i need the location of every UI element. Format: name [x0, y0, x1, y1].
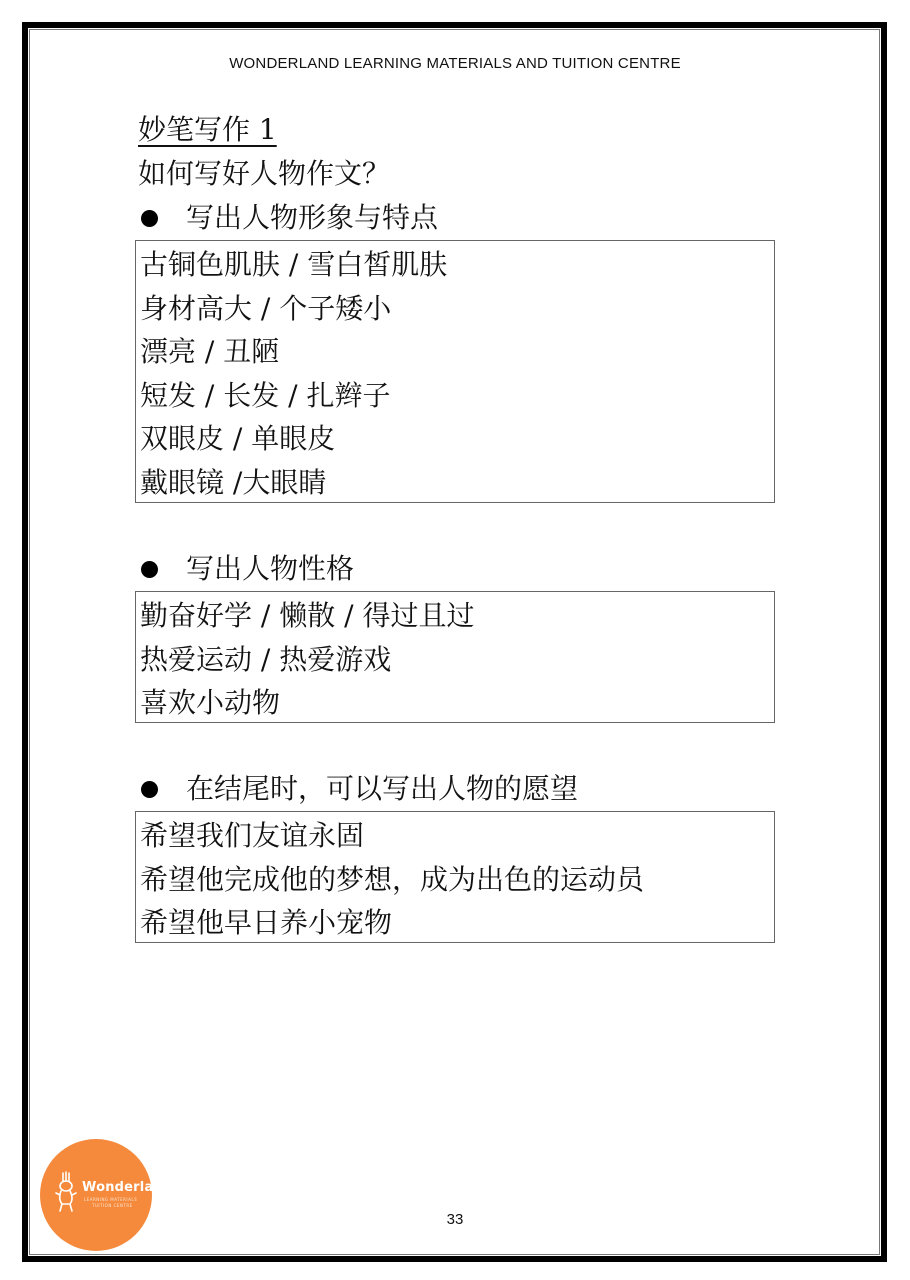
logo-tagline: TUITION CENTRE: [92, 1203, 133, 1208]
phrase-line: 热爱运动 / 热爱游戏: [140, 638, 774, 682]
phrase-line: 双眼皮 / 单眼皮: [140, 417, 774, 461]
phrase-line: 希望他完成他的梦想，成为出色的运动员: [140, 858, 774, 902]
phrase-line: 漂亮 / 丑陋: [140, 330, 774, 374]
phrase-line: 希望他早日养小宠物: [140, 901, 774, 945]
logo-wordmark: Wonderland: [82, 1180, 172, 1195]
phrase-line: 身材高大 / 个子矮小: [140, 287, 774, 331]
section-heading-wishes: 在结尾时，可以写出人物的愿望: [138, 771, 578, 807]
organization-header: WONDERLAND LEARNING MATERIALS AND TUITIO…: [0, 55, 910, 72]
phrase-line: 勤奋好学 / 懒散 / 得过且过: [140, 594, 774, 638]
section-heading-personality: 写出人物性格: [138, 551, 354, 587]
section-heading-text: 在结尾时，可以写出人物的愿望: [186, 771, 578, 807]
appearance-phrase-box: 古铜色肌肤 / 雪白皙肌肤 身材高大 / 个子矮小 漂亮 / 丑陋 短发 / 长…: [135, 240, 775, 503]
bullet-icon: [141, 561, 158, 578]
section-heading-text: 写出人物性格: [186, 551, 354, 587]
wishes-phrase-box: 希望我们友谊永固 希望他完成他的梦想，成为出色的运动员 希望他早日养小宠物: [135, 811, 775, 943]
phrase-line: 希望我们友谊永固: [140, 814, 774, 858]
section-heading-appearance: 写出人物形象与特点: [138, 200, 438, 236]
section-heading-text: 写出人物形象与特点: [186, 200, 438, 236]
phrase-line: 短发 / 长发 / 扎辫子: [140, 374, 774, 418]
phrase-line: 戴眼镜 /大眼睛: [140, 461, 774, 505]
logo-tagline: LEARNING MATERIALS: [84, 1197, 137, 1202]
bullet-icon: [141, 781, 158, 798]
rabbit-mascot-icon: [54, 1171, 78, 1213]
bullet-icon: [141, 210, 158, 227]
page-number: 33: [0, 1211, 910, 1228]
phrase-line: 古铜色肌肤 / 雪白皙肌肤: [140, 243, 774, 287]
worksheet-subtitle: 如何写好人物作文？: [138, 156, 390, 192]
personality-phrase-box: 勤奋好学 / 懒散 / 得过且过 热爱运动 / 热爱游戏 喜欢小动物: [135, 591, 775, 723]
worksheet-title: 妙笔写作 1: [138, 112, 277, 148]
phrase-line: 喜欢小动物: [140, 681, 774, 725]
wonderland-logo: Wonderland LEARNING MATERIALS TUITION CE…: [40, 1139, 152, 1251]
